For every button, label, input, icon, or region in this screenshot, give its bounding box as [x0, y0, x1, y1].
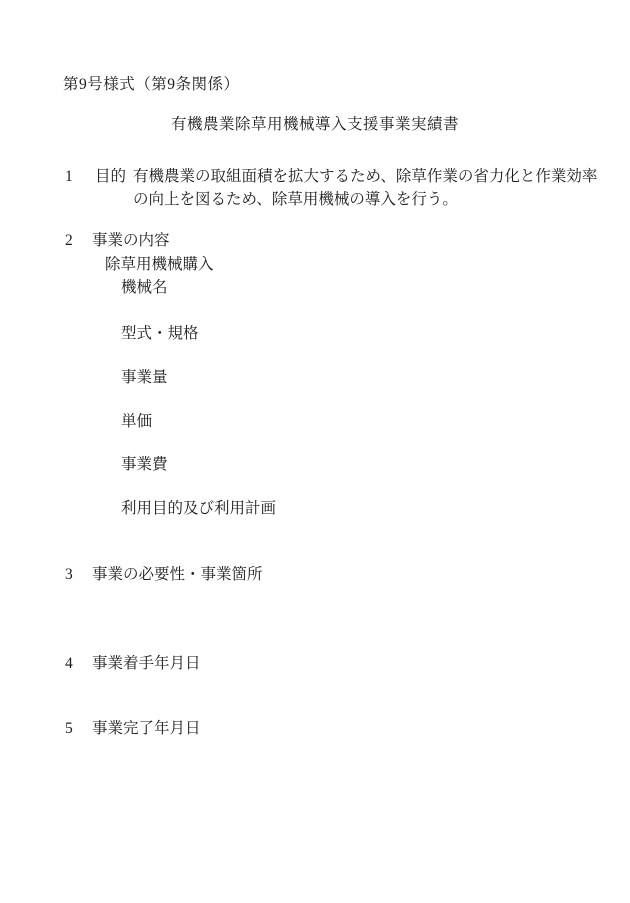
- field-label-machine-name: 機械名: [121, 276, 168, 299]
- section-3-label-necessity-location: 事業の必要性・事業箇所: [92, 563, 263, 586]
- section-4-number: 4: [65, 652, 73, 675]
- section-1-label-purpose: 目的: [95, 165, 126, 188]
- section-5-label-completion-date: 事業完了年月日: [92, 717, 201, 740]
- document-title: 有機農業除草用機械導入支援事業実績書: [0, 113, 630, 136]
- field-label-project-quantity: 事業量: [121, 366, 168, 389]
- section-1-purpose-text: 有機農業の取組面積を拡大するため、除草作業の省力化と作業効率の向上を図るため、除…: [133, 165, 607, 211]
- field-label-usage-purpose-plan: 利用目的及び利用計画: [121, 497, 276, 520]
- section-4-label-start-date: 事業着手年月日: [92, 652, 201, 675]
- section-2-number: 2: [65, 229, 73, 252]
- document-page: 第9号様式（第9条関係） 有機農業除草用機械導入支援事業実績書 1 目的 有機農…: [0, 0, 630, 903]
- field-label-unit-price: 単価: [121, 410, 152, 433]
- section-2-label-project-contents: 事業の内容: [92, 229, 170, 252]
- field-label-project-cost: 事業費: [121, 453, 168, 476]
- field-label-model-spec: 型式・規格: [121, 322, 199, 345]
- section-3-number: 3: [65, 563, 73, 586]
- section-1-number: 1: [65, 165, 73, 188]
- form-number: 第9号様式（第9条関係）: [63, 73, 240, 96]
- section-2-subitem-machine-purchase: 除草用機械購入: [105, 253, 214, 276]
- section-5-number: 5: [65, 717, 73, 740]
